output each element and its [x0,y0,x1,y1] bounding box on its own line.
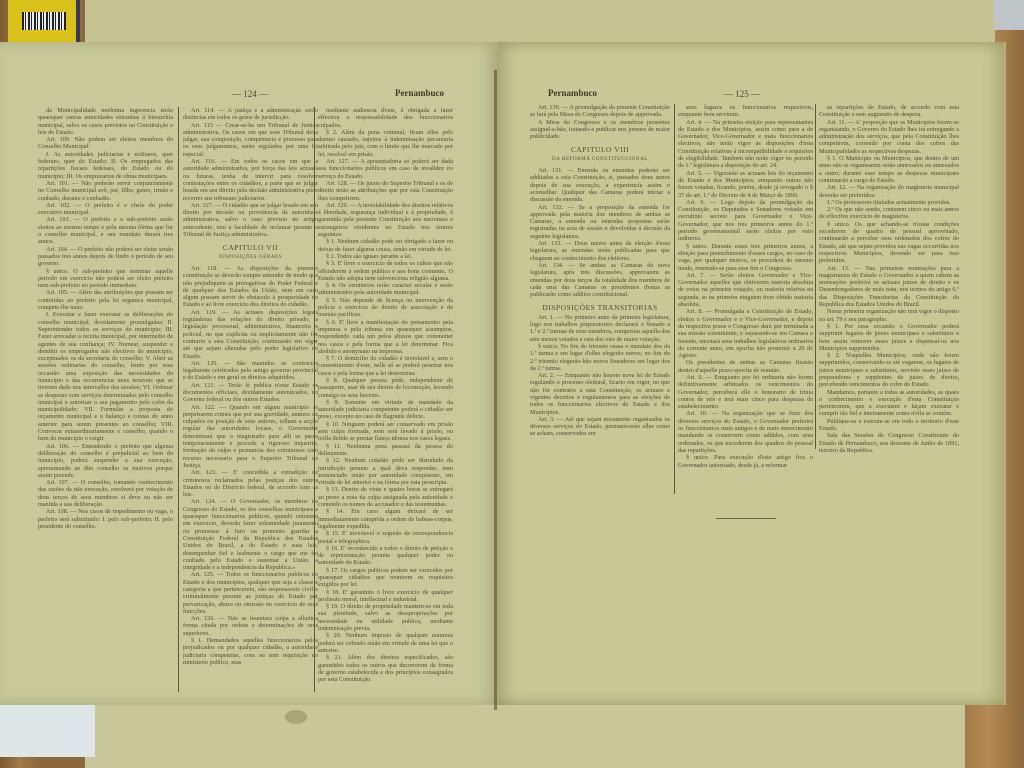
paragraph: Art. 128. — Os juizes do Superior Tribun… [318,180,453,202]
paragraph: § 13. Dentro de vinte e quatro horas se … [318,486,453,508]
paragraph: § 1. Nenhum cidadão pode ser obrigado a … [318,238,453,253]
paragraph: § 3. E' livre o exercicio de todos os cu… [318,260,453,282]
column-rule [178,107,179,692]
paragraph: Art. 124. — O Governador, os membros do … [183,498,318,571]
paragraph: Nessa primeira organização não terá vigo… [819,308,959,323]
paragraph: § unico. Os que achando-se n'estas condi… [819,221,959,265]
paragraph: Art. 125. — Todos os funccionarios publi… [183,571,318,615]
paragraph: Art. 106. — Entendendo o prefeito que al… [38,443,173,479]
paragraph: Art. 104. — O prefeito não poderá ser el… [38,246,173,268]
paragraph: Art. 8. — Promulgada a Constituição do E… [678,308,813,359]
paragraph: as repartições do Estado, de accordo com… [819,104,959,119]
paragraph: Art. 10. — Na organização que se fizer d… [678,410,813,454]
column-rule [314,107,315,692]
left-column-3: mediante audiencia d'este, é obrigada a … [318,107,453,692]
paragraph: § 10. Ninguem poderá ser conservado em p… [318,421,453,443]
paragraph: § 2. Além da pena criminal, ficam elles … [318,129,453,158]
left-column-1: da Municipalidade nenhuma ingerencia ter… [38,107,173,702]
paragraph: Art. 117. — O cidadão que se julgar lesa… [183,202,318,238]
paragraph: 1.º Os professores titulados actualmente… [819,199,959,206]
paragraph: I. As autoridades judiciarias e militare… [38,151,173,180]
paragraph: § 6. E' livre a manifestação do pensamen… [318,319,453,355]
paragraph: Art. 131. — Emenda ou emendas poderão se… [530,167,670,203]
chapter-heading: CAPITULO VIII [530,146,670,153]
left-column-2: Art. 114. — A justiça e a administração … [183,107,318,692]
left-running-title: Pernambuco [395,88,444,98]
paragraph: § 2. Todos são iguaes perante a lei. [318,253,453,260]
paragraph: Art. 108. — Nos casos de impedimento ou … [38,508,173,530]
paragraph: I. Executar e fazer executar as delibera… [38,311,173,442]
paragraph: § 20. Nenhum imposto de qualquer naturez… [318,632,453,654]
paragraph: Art. 130. — A promulgação da presente Co… [530,104,670,119]
paragraph: A Mesa do Congresso e os membros present… [530,119,670,141]
chapter-heading: CAPITULO VII [183,244,318,251]
paragraph: Art. 107. — O conselho, tomando conhecim… [38,479,173,508]
paragraph: Art. 123. — E' concedida a extradição de… [183,469,318,498]
paragraph: Art. 120. — São mantidos os contractos l… [183,360,318,382]
book-gutter [494,70,497,710]
paragraph: Art. 102. — O prefeito é o chefe do pode… [38,202,173,217]
paragraph: Art. 11. — A' proporção que os Municipio… [819,119,959,155]
paragraph: Mandamos, portanto a todas as autoridade… [819,389,959,418]
left-page: — 124 — Pernambuco da Municipalidade nen… [0,42,498,705]
paragraph: § 5. Não depende de licença ou intervenç… [318,297,453,319]
paragraph: Art. 119. — As actuaes disposições legae… [183,309,318,360]
paragraph: § 1. O Municipio ou Municipios, que dent… [819,155,959,184]
paragraph: § 8. Qualquer pessoa póde, independente … [318,377,453,399]
paragraph: § 9. Somente em virtude de mandado da au… [318,399,453,421]
paragraph: Art. 134. — Se ambas as Camaras da nova … [530,262,670,298]
paragraph: § 4. Os cemiterios terão caracter secula… [318,282,453,297]
right-page-number: — 125 — [724,89,760,99]
paragraph: § 21. Além dos direitos especificados, s… [318,654,453,683]
paragraph: da Municipalidade nenhuma ingerencia ter… [38,107,173,136]
paragraph: Art. 121. — Terão fé publica n'este Esta… [183,382,318,404]
paragraph: § unico. Para execução d'este artigo fic… [678,454,813,469]
paragraph: Art. 100. Não podem ser eleitos membros … [38,136,173,151]
corner-object [994,0,1024,30]
paragraph: § 1. Por essa occasião o Governador pode… [819,323,959,352]
paragraph: Art. 101. — Não poderão servir conjuncta… [38,180,173,202]
paragraph: Art. 103. — O prefeito e o sub-prefeito … [38,216,173,245]
right-column-3: as repartições do Estado, de accordo com… [819,104,959,459]
paragraph: Art. 127. — A aposentadoria só poderá se… [318,158,453,180]
paragraph: § 7. O domicilio do cidadão é inviolavel… [318,355,453,377]
end-rule [716,518,776,519]
paragraph: § unico. Durante esses tres primeiros an… [678,243,813,272]
column-rule [815,104,816,449]
right-page: Pernambuco — 125 — Art. 130. — A promulg… [498,42,1006,705]
paragraph: seus lugares os funccionarios respectivo… [678,104,813,119]
paragraph: Art. 114. — A justiça e a administração … [183,107,318,122]
paragraph: Art. 116. — Em todos os casos em que a a… [183,158,318,202]
paragraph: § 18. E' garantido o livre exercicio de … [318,589,453,604]
paragraph: 2.º Os que não sendo, contarem cinco ou … [819,206,959,221]
paragraph: Publique-se e execute-se em todo o terri… [819,418,959,433]
paragraph: Art. 115 — Crear-se-ha um Tribunal de Ju… [183,122,318,158]
paragraph: Art. 4. — Na primeira eleição para repre… [678,119,813,170]
paragraph: Art. 105. — Além das attribuições que po… [38,289,173,311]
paragraph: Art. 5. — Vigorarão as actuaes leis do o… [678,170,813,199]
paragraph: Art. 118. — As disposições da presente c… [183,265,318,309]
paragraph: Sala das Sessões do Congresso Constituin… [819,432,959,454]
paragraph: Art. 133. — Dous mezes antes da eleição … [530,240,670,262]
right-column-2: seus lugares os funccionarios respectivo… [678,104,813,494]
paragraph: Art. 12. — Na organisação do magisterio … [819,184,959,199]
paragraph: Art. 1. — No primeiro anno da primeira l… [530,314,670,343]
paragraph: § 1. Demandados aquelles funccionarios p… [183,637,318,666]
paragraph: Art. 122. — Quando em algum municipio se… [183,404,318,470]
paragraph: Art. 126. — Não se lesantará culpa a all… [183,615,318,637]
paragraph: mediante audiencia d'este, é obrigada a … [318,107,453,129]
paragraph: Art. 132. — Se a proposição da emenda fo… [530,204,670,240]
section-heading: DISPOSIÇÕES TRANSITORIAS [530,304,670,311]
paragraph: § 19. O direito de propriedade mantem-se… [318,603,453,632]
paragraph: Art. 3. — Até que sejam novamente organi… [530,416,670,438]
paragraph: § 15. E' inviolavel o segredo da corresp… [318,530,453,545]
open-book: — 124 — Pernambuco da Municipalidade nen… [0,42,1004,705]
paragraph: § 14. Em caso algum deixará de ser immed… [318,508,453,530]
paragraph: Os presidentes de ambas as Camaras fixar… [678,359,813,374]
paragraph: Art. 7. — Serão eleitos Governador e Vic… [678,272,813,308]
underlying-page-top-edge [85,0,995,45]
paragraph: § 12. Nenhum cidadão póde ser distrahido… [318,457,453,486]
paragraph: § 16. E' reconhecido a todos o direito d… [318,545,453,567]
paragraph: § unico. O sub-prefeito que terminar aqu… [38,268,173,290]
paragraph: Art. 129. — A inviolabilidade dos direit… [318,202,453,238]
product-box [8,0,80,46]
paragraph: Art. 2. — Emquanto não houver nova lei d… [530,372,670,416]
paragraph: Art. 13. — Nas primeiras nomeações para … [819,265,959,309]
paragraph: Art. 6. — Logo depois da promulgação da … [678,199,813,243]
chapter-subtitle: DA REFORMA CONSTITUCCIONAL [530,156,670,163]
paragraph: Art. 9. — Emquanto por lei ordinaria não… [678,374,813,410]
paragraph: § 17. Os cargos publicos podem ser exerc… [318,567,453,589]
right-column-1: Art. 130. — A promulgação da presente Co… [530,104,670,504]
paragraph: § 11. Nenhuma pena passará da pessoa do … [318,443,453,458]
right-running-title: Pernambuco [548,88,597,98]
barcode-icon [22,12,66,30]
paragraph: § 2. N'aquelles Municipios, onde não for… [819,352,959,388]
chapter-subtitle: DISPOSIÇÕES GERAES [183,254,318,261]
column-rule [674,104,675,494]
paragraph: § unico. No fim do triennio cessa o mand… [530,343,670,372]
paper-stain [285,710,307,724]
left-page-number: — 124 — [232,89,268,99]
